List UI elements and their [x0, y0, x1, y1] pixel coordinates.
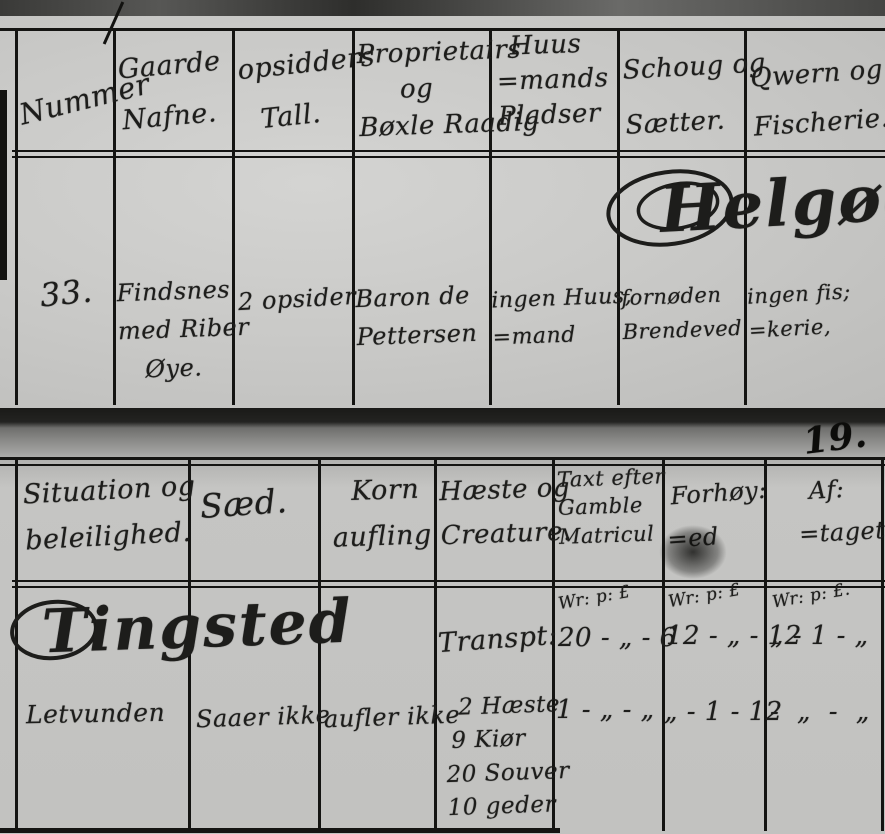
cell-huusmands: ingen Huus, =mand	[491, 278, 634, 358]
cell-situation: Letvunden	[26, 695, 166, 734]
col-header-qwern: Qwern og Fischerie.	[749, 45, 885, 153]
header-rule	[12, 580, 885, 582]
ink-blot	[648, 516, 738, 588]
scan-edge-sliver	[0, 90, 7, 280]
cell-saed: Saaer ikke	[195, 698, 330, 737]
cell-korn: aufler ikke	[323, 698, 460, 738]
scanned-register-page: Nummer Gaarde Nafne. opsidders Tall. Pro…	[0, 0, 885, 834]
header-rule	[12, 156, 885, 158]
transport-label: Transpt:	[437, 616, 559, 663]
district-name: Helgøe	[658, 151, 885, 258]
col-header-gaarde-nafne: Gaarde Nafne.	[116, 36, 227, 147]
top-table-strip: Nummer Gaarde Nafne. opsidders Tall. Pro…	[0, 0, 885, 408]
header-rule	[12, 150, 885, 152]
cell-forhoyed: „ - 1 - 12	[664, 694, 783, 732]
cell-opsidders: 2 opsider	[237, 279, 357, 320]
table-rule-top	[0, 28, 885, 31]
col-header-saed: Sæd.	[198, 477, 288, 531]
transport-taxt-value: 20 - „ - 6	[558, 620, 677, 658]
col-header-aftaget: Af: =taget.	[796, 466, 885, 557]
units-heading: Wr: p: £.	[770, 577, 852, 615]
cell-aftaget: - „ - „ -	[770, 694, 885, 732]
col-header-korn: Korn aufling	[330, 466, 432, 561]
table-rule-top	[0, 464, 885, 466]
table-rule-top	[0, 457, 885, 460]
cell-haeste: 2 Hæste 9 Kiør 20 Souver 10 geder	[444, 688, 572, 826]
column-divider	[15, 28, 18, 405]
cell-gaarde-nafne: Findsnes med Riber Øye.	[116, 270, 251, 390]
scan-edge-band	[0, 0, 885, 16]
col-header-huusmands: Huus =mands Pladser	[495, 26, 610, 135]
col-header-schoug: Schoug og Sætter.	[621, 36, 770, 153]
column-divider	[434, 457, 437, 831]
cell-schoug: fornøden Brendeved	[621, 278, 743, 349]
cell-taxt: 1 - „ - „	[556, 692, 655, 730]
scan-edge-line	[0, 828, 560, 833]
bottom-table-strip: 19. Situation og beleilighed. Sæd. Korn …	[0, 408, 885, 834]
transport-aftaget-value: „ - 1 - „	[770, 618, 869, 656]
cell-nummer: 33.	[38, 267, 95, 319]
place-name: Tingsted	[41, 579, 354, 677]
cell-qwern: ingen fis; =kerie,	[746, 275, 853, 348]
col-header-situation: Situation og beleilighed.	[22, 464, 199, 565]
col-header-haeste: Hæste og Creature.	[438, 466, 572, 559]
cell-proprietair: Baron de Pettersen	[355, 276, 478, 357]
